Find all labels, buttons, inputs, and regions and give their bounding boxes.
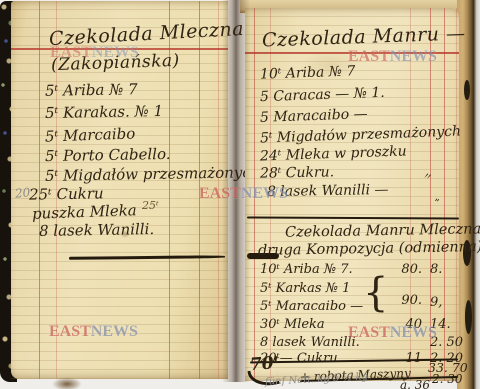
row-item: 30ᵗ Mleka — [260, 318, 325, 331]
row-item: 5ᵗ Maracaibo — — [260, 300, 363, 313]
ink-scribble: 〃 — [421, 167, 436, 185]
row-value: 8. — [430, 263, 466, 276]
watermark: EASTNEWS — [348, 48, 437, 66]
watermark-east: EAST — [50, 44, 92, 61]
ingredient-line: 5 Caracas — № 1. — [260, 86, 385, 104]
ingredient-line: 8 lasek Wanilli. — [39, 222, 154, 239]
table-row: 5ᵗ Karkas № 1 — [260, 282, 453, 298]
ingredient-line: 5ᵗ Porto Cabello. — [45, 147, 171, 164]
pencil-weight-note: fünf Nett. kg 5 ½ kg — [265, 372, 368, 387]
watermark-east: EAST — [348, 324, 390, 341]
section-subtitle: druga Kompozycja (odmienna) — [258, 240, 480, 258]
ingredient-line: 10ᵗ Ariba № 7 — [260, 64, 356, 81]
watermark-east: EAST — [199, 185, 241, 202]
watermark-news: NEWS — [241, 185, 288, 202]
row-mid-value: 80. — [392, 263, 422, 276]
cover-spot — [465, 300, 472, 334]
watermark-news: NEWS — [390, 324, 437, 341]
ink-divider — [69, 255, 225, 260]
watermark-east: EAST — [49, 323, 91, 340]
ingredient-line: 5 Maracaibo — — [260, 107, 368, 125]
row-item: 10ᵗ Ariba № 7. — [260, 263, 353, 276]
watermark-news: NEWS — [91, 323, 138, 340]
ingredient-line: 5ᵗ Ariba № 7 — [45, 82, 138, 99]
ingredient-note: 25ᵗ — [142, 200, 159, 211]
section-title: Czekolada Manru Mleczna, — [285, 222, 480, 240]
watermark-news: NEWS — [92, 44, 139, 61]
grouping-brace: { — [363, 270, 388, 316]
row-item: 8 lasek Wanilli. — [260, 336, 360, 349]
cover-spot — [464, 80, 470, 100]
machine-cost-value: 2. 30 — [432, 373, 463, 385]
ingredient-line: 25ᵗ Cukru — [29, 186, 104, 202]
watermark: EASTNEWS — [348, 324, 437, 342]
row-mid-value: 90. — [392, 294, 422, 307]
watermark-news: NEWS — [390, 48, 437, 65]
row-item: 5ᵗ Karkas № 1 — [260, 282, 350, 295]
table-row: 5ᵗ Maracaibo — 90. 9, — [260, 300, 453, 316]
ingredient-line: puszka Mleka — [32, 203, 137, 222]
ingredient-line: 5ᵗ Marcaibo — [45, 126, 136, 144]
table-row: 10ᵗ Ariba № 7. 80. 8. — [260, 263, 453, 279]
notebook-photo: Czekolada Mleczna (Zakopiańska) 20 5ᵗ Ar… — [0, 0, 480, 389]
ink-divider — [247, 216, 459, 219]
grand-total-value: à. 36 — [400, 379, 430, 389]
ingredient-line: 28ᵗ Cukru. — [260, 165, 334, 180]
watermark: EASTNEWS — [199, 185, 288, 203]
watermark-east: EAST — [348, 48, 390, 65]
ink-scribble: „ — [434, 192, 441, 204]
ingredient-line: 24ᵗ Mleka w proszku — [260, 144, 407, 163]
ingredient-line: 5ᵗ Karakas. № 1 — [45, 104, 163, 121]
row-value: 9, — [430, 296, 466, 309]
watermark: EASTNEWS — [50, 44, 139, 62]
watermark: EASTNEWS — [49, 323, 138, 341]
recipe-title: Czekolada Manru — — [262, 24, 466, 50]
